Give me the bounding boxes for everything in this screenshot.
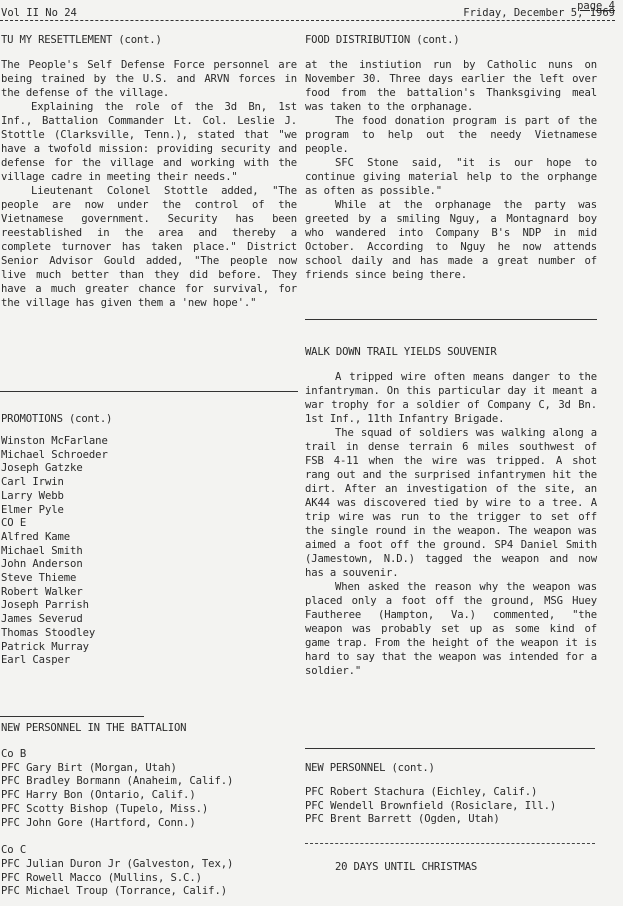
personnel-entry: PFC Gary Birt (Morgan, Utah) <box>1 762 297 776</box>
article-paragraph: at the instiution run by Catholic nuns o… <box>305 58 597 114</box>
article-heading: FOOD DISTRIBUTION (cont.) <box>305 34 597 46</box>
article-paragraph: When asked the reason why the weapon was… <box>305 580 597 678</box>
promotion-name: Winston McFarlane <box>1 435 297 449</box>
volume-issue: Vol II No 24 <box>1 7 77 19</box>
section-divider <box>0 716 144 717</box>
promotion-name: Larry Webb <box>1 490 297 504</box>
personnel-entry: PFC Brent Barrett (Ogden, Utah) <box>305 813 597 827</box>
christmas-countdown: 20 DAYS UNTIL CHRISTMAS <box>335 861 623 873</box>
personnel-entry: PFC Michael Troup (Torrance, Calif.) <box>1 885 297 899</box>
promotion-name: Earl Casper <box>1 654 297 668</box>
promotion-name: Michael Smith <box>1 545 297 559</box>
promotion-name: Robert Walker <box>1 586 297 600</box>
article-paragraph: The squad of soldiers was walking along … <box>305 426 597 580</box>
article-promotions: PROMOTIONS (cont.) Winston McFarlaneMich… <box>1 413 297 668</box>
personnel-cont-list: PFC Robert Stachura (Eichley, Calif.)PFC… <box>305 786 597 827</box>
article-heading: NEW PERSONNEL (cont.) <box>305 762 597 774</box>
personnel-entry: PFC Harry Bon (Ontario, Calif.) <box>1 789 297 803</box>
promotion-name: CO E <box>1 517 297 531</box>
article-paragraph: The People's Self Defense Force personne… <box>1 58 297 100</box>
promotion-name: Patrick Murray <box>1 641 297 655</box>
promotion-name: Joseph Gatzke <box>1 462 297 476</box>
article-heading: PROMOTIONS (cont.) <box>1 413 297 425</box>
personnel-groups: Co BPFC Gary Birt (Morgan, Utah)PFC Brad… <box>1 748 297 899</box>
promotion-name: Michael Schroeder <box>1 449 297 463</box>
article-paragraph: The food donation program is part of the… <box>305 114 597 156</box>
section-divider <box>305 843 595 844</box>
promotion-name: Joseph Parrish <box>1 599 297 613</box>
promotion-name: Thomas Stoodley <box>1 627 297 641</box>
spacer <box>1 830 297 844</box>
section-divider <box>0 391 298 392</box>
countdown-text: 20 DAYS UNTIL CHRISTMAS <box>335 861 623 873</box>
personnel-entry: PFC Wendell Brownfield (Rosiclare, Ill.) <box>305 800 597 814</box>
article-walk-down-trail: WALK DOWN TRAIL YIELDS SOUVENIR A trippe… <box>305 346 597 678</box>
issue-date: Friday, December 5, 1969 <box>463 7 615 19</box>
promotion-name: Alfred Kame <box>1 531 297 545</box>
article-food-distribution: FOOD DISTRIBUTION (cont.) at the instiut… <box>305 34 597 282</box>
article-paragraph: A tripped wire often means danger to the… <box>305 370 597 426</box>
promotion-name: Elmer Pyle <box>1 504 297 518</box>
masthead: Vol II No 24 Friday, December 5, 1969 <box>0 6 615 21</box>
section-divider <box>305 748 595 749</box>
company-label: Co C <box>1 844 297 858</box>
personnel-entry: PFC John Gore (Hartford, Conn.) <box>1 817 297 831</box>
promotion-name: Carl Irwin <box>1 476 297 490</box>
article-heading: TU MY RESETTLEMENT (cont.) <box>1 34 297 46</box>
section-divider <box>305 319 597 320</box>
promotions-list: Winston McFarlaneMichael SchroederJoseph… <box>1 435 297 668</box>
personnel-entry: PFC Rowell Macco (Mullins, S.C.) <box>1 872 297 886</box>
article-resettlement: TU MY RESETTLEMENT (cont.) The People's … <box>1 34 297 310</box>
article-new-personnel-cont: NEW PERSONNEL (cont.) PFC Robert Stachur… <box>305 762 597 827</box>
personnel-entry: PFC Scotty Bishop (Tupelo, Miss.) <box>1 803 297 817</box>
article-paragraph: Lieutenant Colonel Stottle added, "The p… <box>1 184 297 310</box>
promotion-name: John Anderson <box>1 558 297 572</box>
article-heading: WALK DOWN TRAIL YIELDS SOUVENIR <box>305 346 597 358</box>
newsletter-page: page 4 Vol II No 24 Friday, December 5, … <box>0 0 623 906</box>
article-paragraph: SFC Stone said, "it is our hope to conti… <box>305 156 597 198</box>
article-paragraph: While at the orphanage the party was gre… <box>305 198 597 282</box>
personnel-entry: PFC Julian Duron Jr (Galveston, Tex,) <box>1 858 297 872</box>
company-label: Co B <box>1 748 297 762</box>
promotion-name: James Severud <box>1 613 297 627</box>
article-heading: NEW PERSONNEL IN THE BATTALION <box>1 722 297 734</box>
personnel-entry: PFC Robert Stachura (Eichley, Calif.) <box>305 786 597 800</box>
article-paragraph: Explaining the role of the 3d Bn, 1st In… <box>1 100 297 184</box>
personnel-entry: PFC Bradley Bormann (Anaheim, Calif.) <box>1 775 297 789</box>
promotion-name: Steve Thieme <box>1 572 297 586</box>
article-new-personnel: NEW PERSONNEL IN THE BATTALION Co BPFC G… <box>1 722 297 899</box>
